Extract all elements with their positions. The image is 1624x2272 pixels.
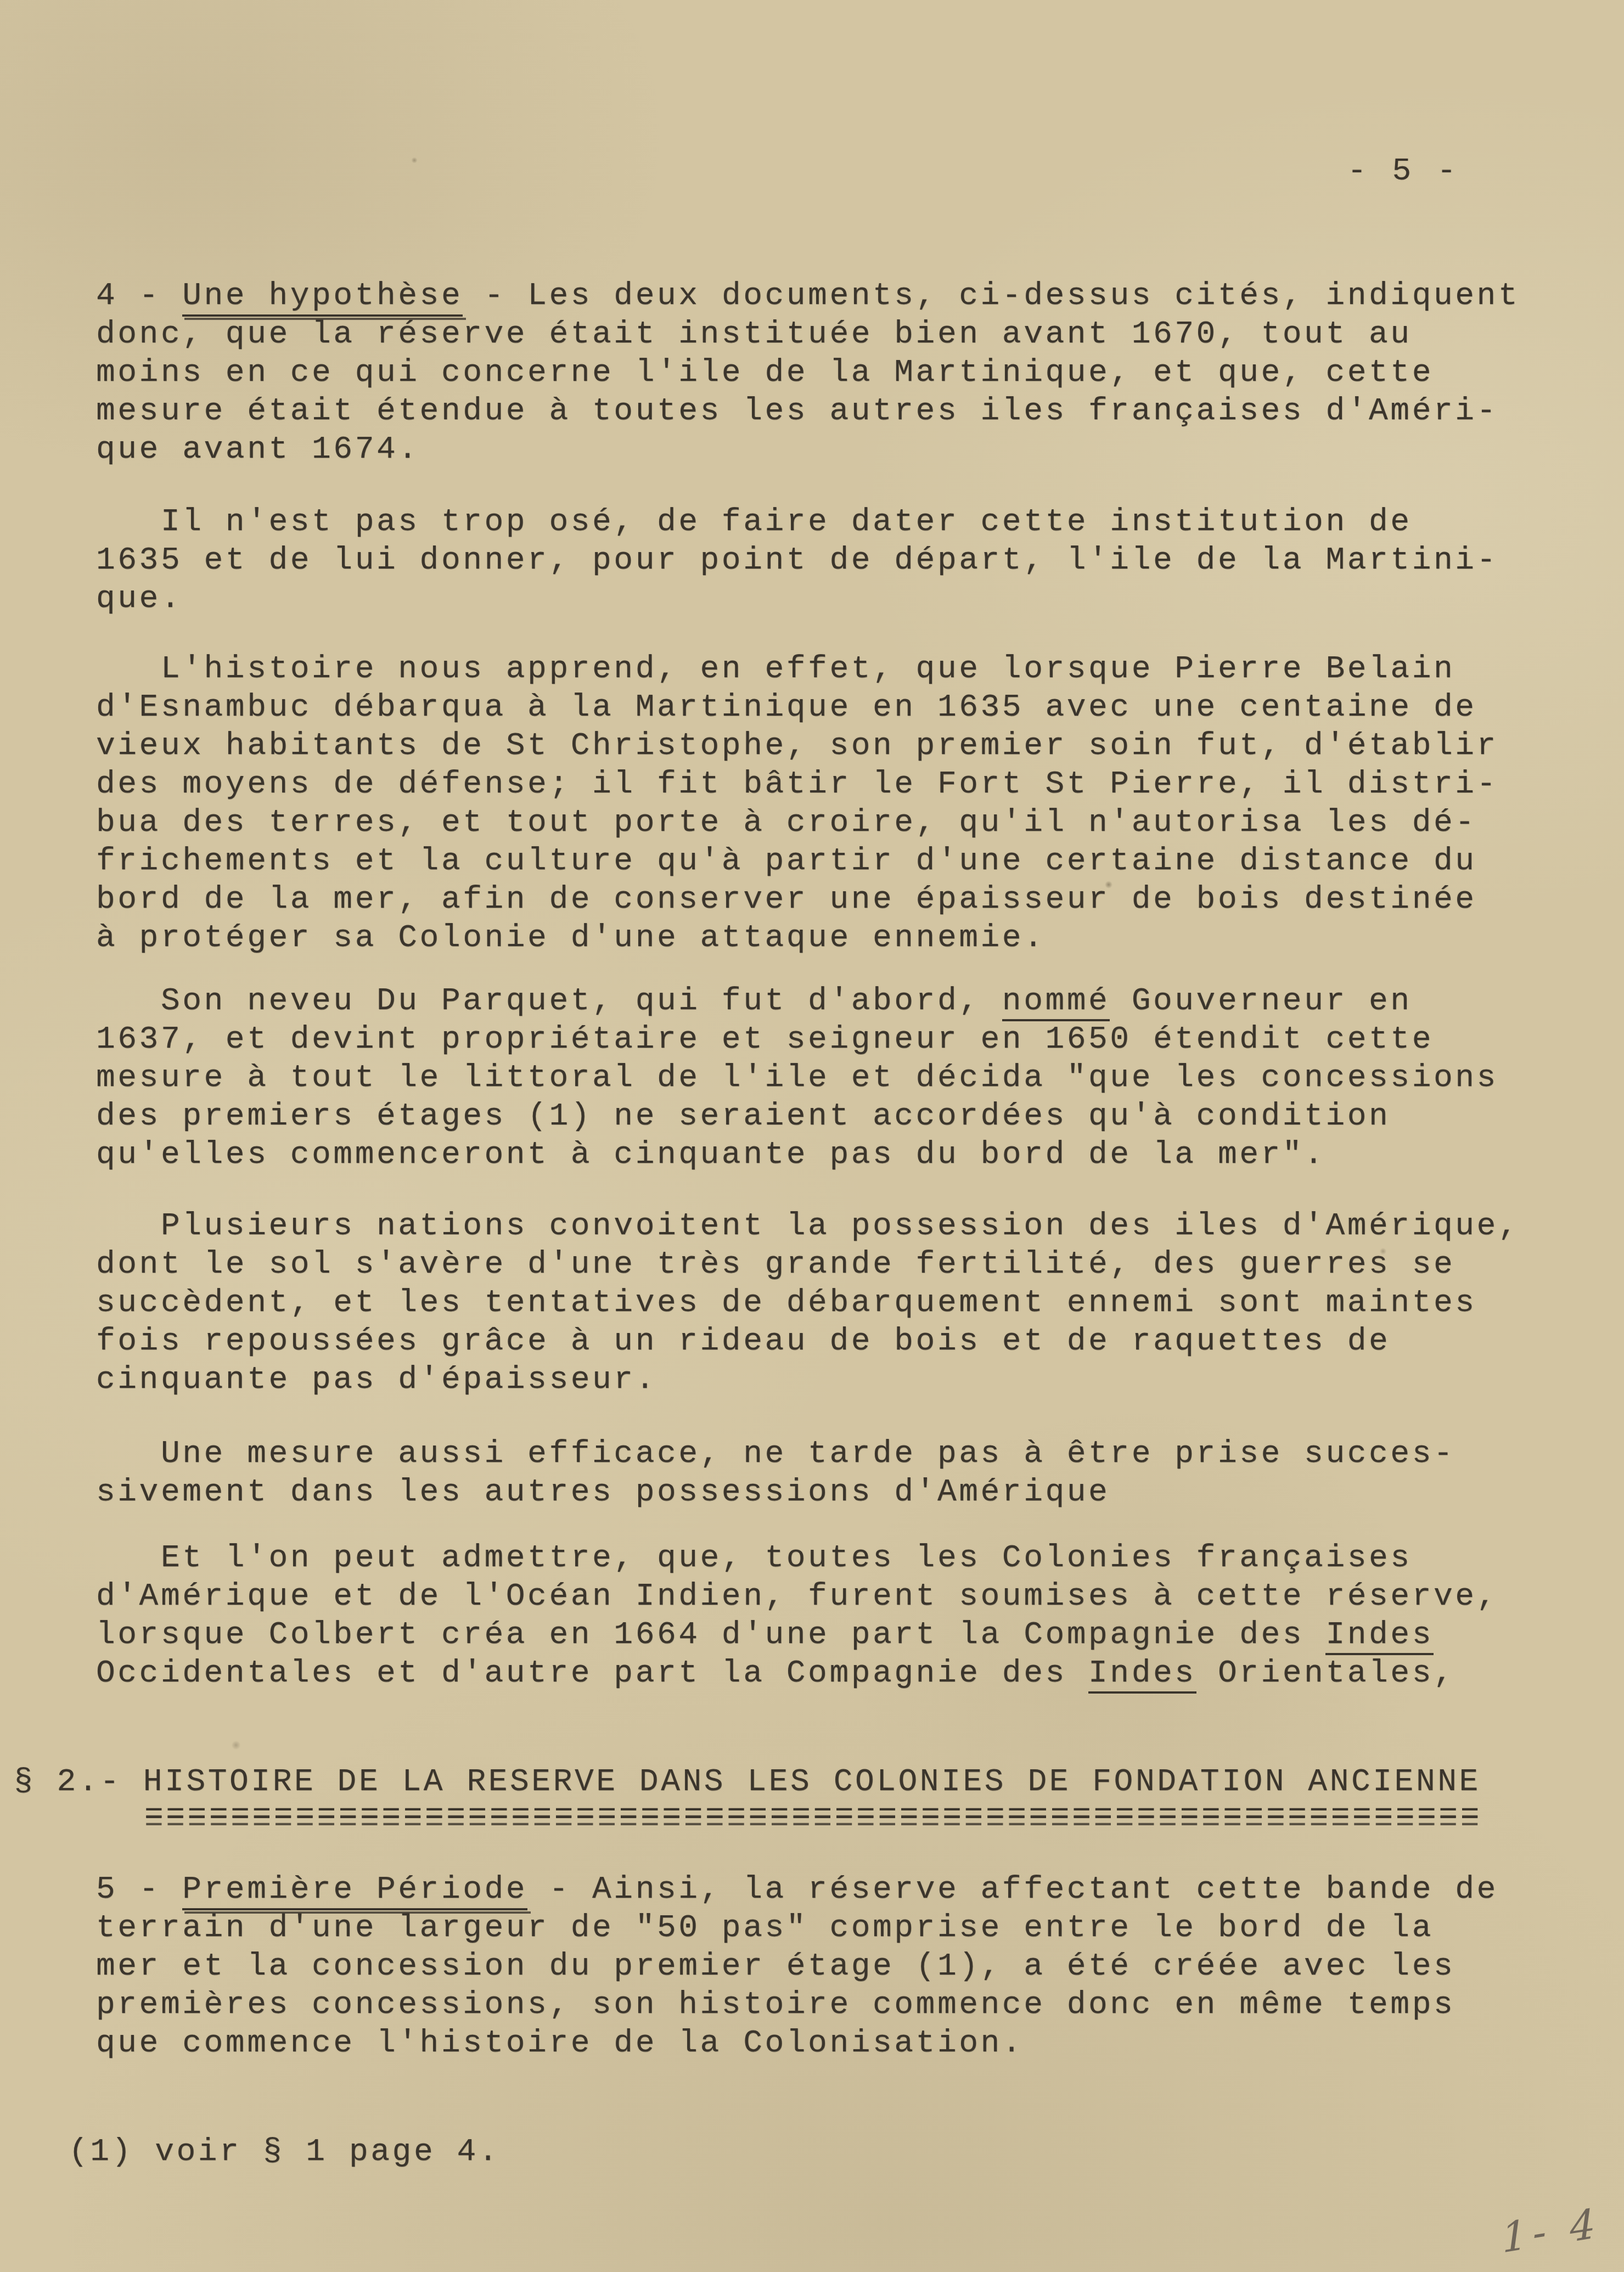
du-parquet-text-start: Son neveu Du Parquet, qui fut d'abord, (96, 983, 1002, 1019)
colonies-underlined-indes-1: Indes (1325, 1617, 1434, 1655)
item-5-title-underlined: Première Période (182, 1872, 527, 1910)
item-4-title-underlined: Une hypothèse (182, 278, 463, 317)
colonies-text-end: Orientales, (1196, 1656, 1456, 1691)
paragraph-histoire: L'histoire nous apprend, en effet, que l… (96, 650, 1589, 958)
colonies-underlined-indes-2: Indes (1088, 1656, 1196, 1694)
item-4-number: 4 - (96, 278, 182, 314)
colonies-text-middle: Occidentales et d'autre part la Compagni… (96, 1656, 1088, 1691)
section-number: § 2.- (14, 1764, 143, 1800)
item-5-number: 5 - (96, 1872, 182, 1908)
paragraph-5-premiere-periode: 5 - Première Période - Ainsi, la réserve… (96, 1871, 1589, 2063)
paragraph-une-mesure: Une mesure aussi efficace, ne tarde pas … (96, 1435, 1589, 1512)
colonies-text-start: Et l'on peut admettre, que, toutes les C… (96, 1540, 1498, 1653)
paragraph-colonies: Et l'on peut admettre, que, toutes les C… (96, 1539, 1589, 1693)
paragraph-du-parquet: Son neveu Du Parquet, qui fut d'abord, n… (96, 982, 1589, 1174)
paragraph-institution: Il n'est pas trop osé, de faire dater ce… (96, 503, 1589, 618)
du-parquet-underlined-word: nommé (1002, 983, 1110, 1021)
paragraph-plusieurs-nations: Plusieurs nations convoitent la possessi… (96, 1207, 1589, 1399)
document-body: 4 - Une hypothèse - Les deux documents, … (96, 277, 1589, 2172)
page-number: - 5 - (1347, 154, 1459, 189)
heading-underline: ========================================… (144, 1805, 1589, 1827)
section-heading: § 2.- HISTOIRE DE LA RESERVE DANS LES CO… (14, 1763, 1589, 1802)
footnote: (1) voir § 1 page 4. (69, 2133, 1589, 2172)
handwritten-page-mark: 1- 4 (1501, 2200, 1602, 2263)
scanned-document-page: { "page": { "number_label": "- 5 -", "fo… (0, 0, 1624, 2272)
paragraph-4-hypothese: 4 - Une hypothèse - Les deux documents, … (96, 277, 1589, 469)
section-title: HISTOIRE DE LA RESERVE DANS LES COLONIES… (143, 1764, 1481, 1800)
